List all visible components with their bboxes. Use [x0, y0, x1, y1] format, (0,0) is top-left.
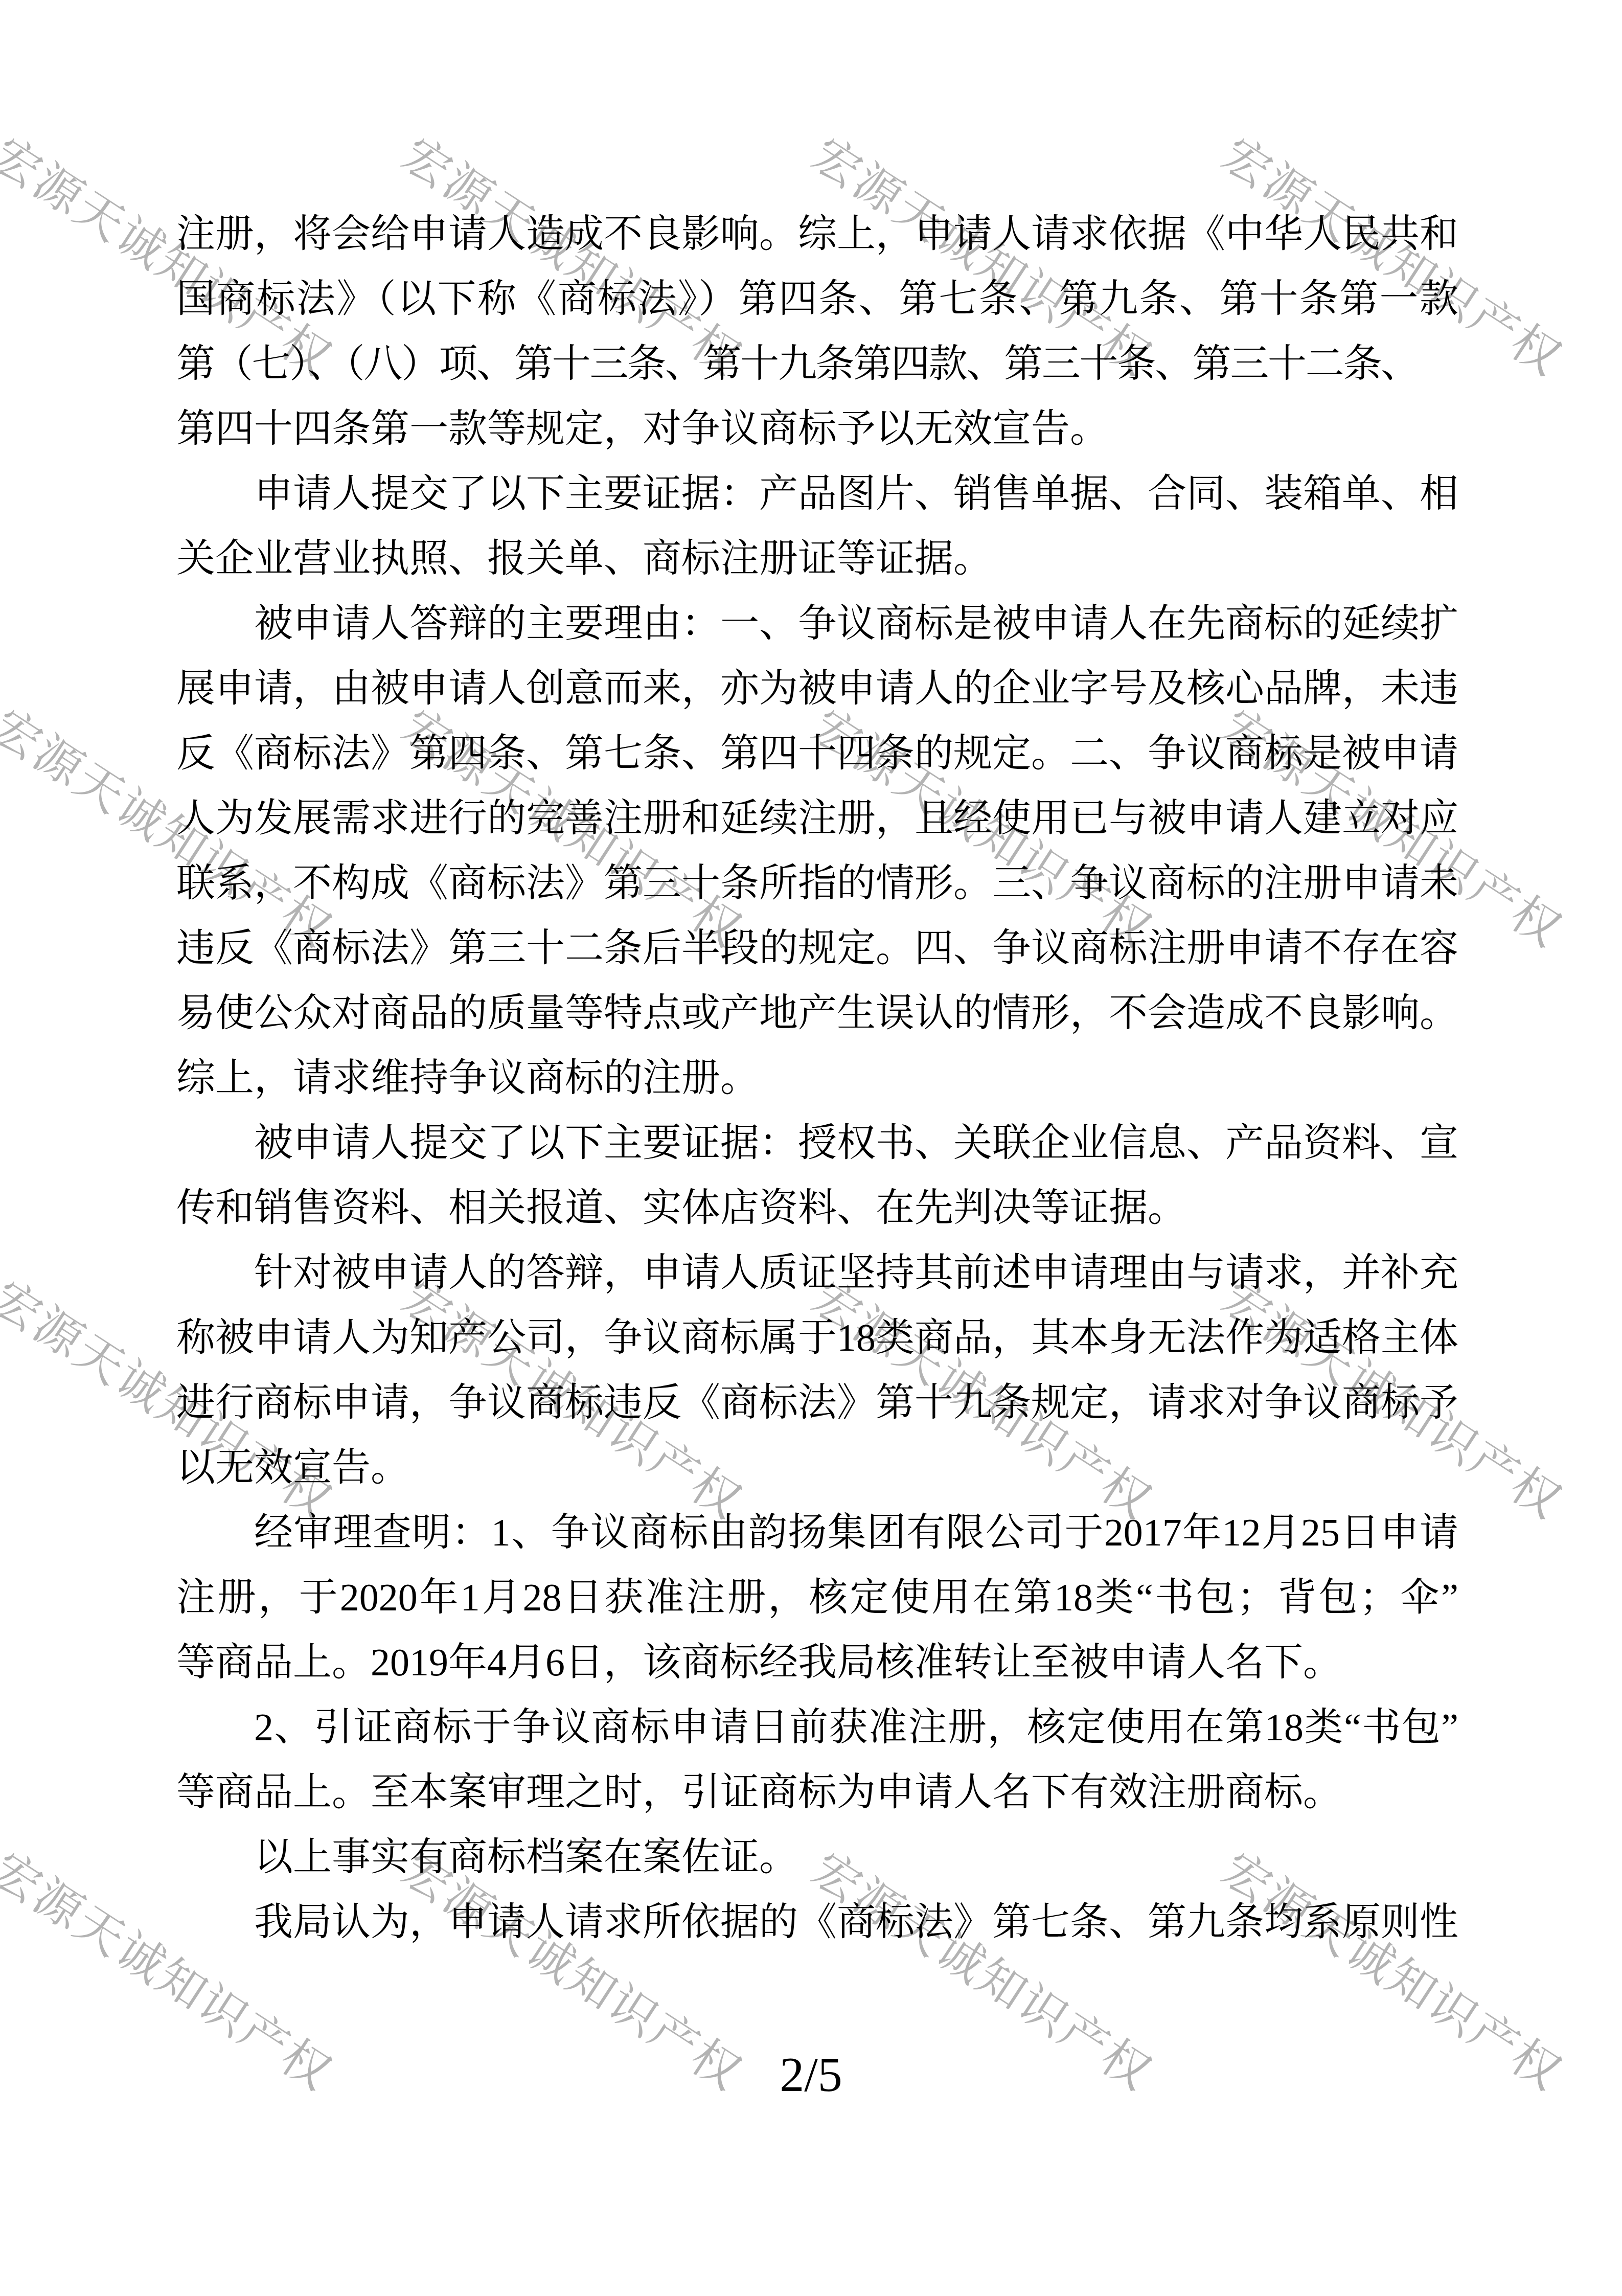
document-line: 第（七）、（八）项、第十三条、第十九条第四款、第三十条、第三十二条、: [176, 332, 1458, 397]
document-line: 联系，不构成《商标法》第三十条所指的情形。三、争议商标的注册申请未: [176, 851, 1458, 916]
document-line: 违反《商标法》第三十二条后半段的规定。四、争议商标注册申请不存在容: [176, 916, 1458, 981]
document-line: 第四十四条第一款等规定，对争议商标予以无效宣告。: [176, 397, 1458, 462]
document-line: 针对被申请人的答辩，申请人质证坚持其前述申请理由与请求，并补充: [176, 1241, 1458, 1306]
document-line: 等商品上。至本案审理之时，引证商标为申请人名下有效注册商标。: [176, 1760, 1458, 1825]
document-line: 称被申请人为知产公司，争议商标属于18类商品，其本身无法作为适格主体: [176, 1306, 1458, 1371]
document-line: 等商品上。2019年4月6日，该商标经我局核准转让至被申请人名下。: [176, 1630, 1458, 1695]
document-line: 我局认为，申请人请求所依据的《商标法》第七条、第九条均系原则性: [176, 1890, 1458, 1955]
document-line: 被申请人提交了以下主要证据：授权书、关联企业信息、产品资料、宣: [176, 1111, 1458, 1176]
document-line: 进行商标申请，争议商标违反《商标法》第十九条规定，请求对争议商标予: [176, 1371, 1458, 1436]
document-line: 综上，请求维持争议商标的注册。: [176, 1046, 1458, 1111]
document-line: 展申请，由被申请人创意而来，亦为被申请人的企业字号及核心品牌，未违: [176, 656, 1458, 721]
document-line: 2、引证商标于争议商标申请日前获准注册，核定使用在第18类“书包”: [176, 1695, 1458, 1760]
document-line: 被申请人答辩的主要理由：一、争议商标是被申请人在先商标的延续扩: [176, 592, 1458, 656]
document-line: 关企业营业执照、报关单、商标注册证等证据。: [176, 527, 1458, 592]
document-line: 传和销售资料、相关报道、实体店资料、在先判决等证据。: [176, 1176, 1458, 1241]
document-line: 人为发展需求进行的完善注册和延续注册，且经使用已与被申请人建立对应: [176, 786, 1458, 851]
document-body: 注册，将会给申请人造成不良影响。综上，申请人请求依据《中华人民共和 国商标法》（…: [176, 202, 1458, 1955]
document-line: 易使公众对商品的质量等特点或产地产生误认的情形，不会造成不良影响。: [176, 981, 1458, 1046]
document-line: 注册，于2020年1月28日获准注册，核定使用在第18类“书包；背包；伞”: [176, 1565, 1458, 1630]
document-line: 以上事实有商标档案在案佐证。: [176, 1825, 1458, 1890]
document-line: 国商标法》（以下称《商标法》）第四条、第七条、第九条、第十条第一款: [176, 267, 1458, 332]
document-line: 以无效宣告。: [176, 1436, 1458, 1501]
document-page: 宏源天诚知识产权 宏源天诚知识产权 宏源天诚知识产权 宏源天诚知识产权 宏源天诚…: [0, 0, 1622, 2296]
document-line: 申请人提交了以下主要证据：产品图片、销售单据、合同、装箱单、相: [176, 462, 1458, 527]
document-line: 注册，将会给申请人造成不良影响。综上，申请人请求依据《中华人民共和: [176, 202, 1458, 267]
page-number: 2/5: [0, 2049, 1622, 2100]
document-line: 反《商标法》第四条、第七条、第四十四条的规定。二、争议商标是被申请: [176, 721, 1458, 786]
document-line: 经审理查明：1、争议商标由韵扬集团有限公司于2017年12月25日申请: [176, 1501, 1458, 1565]
